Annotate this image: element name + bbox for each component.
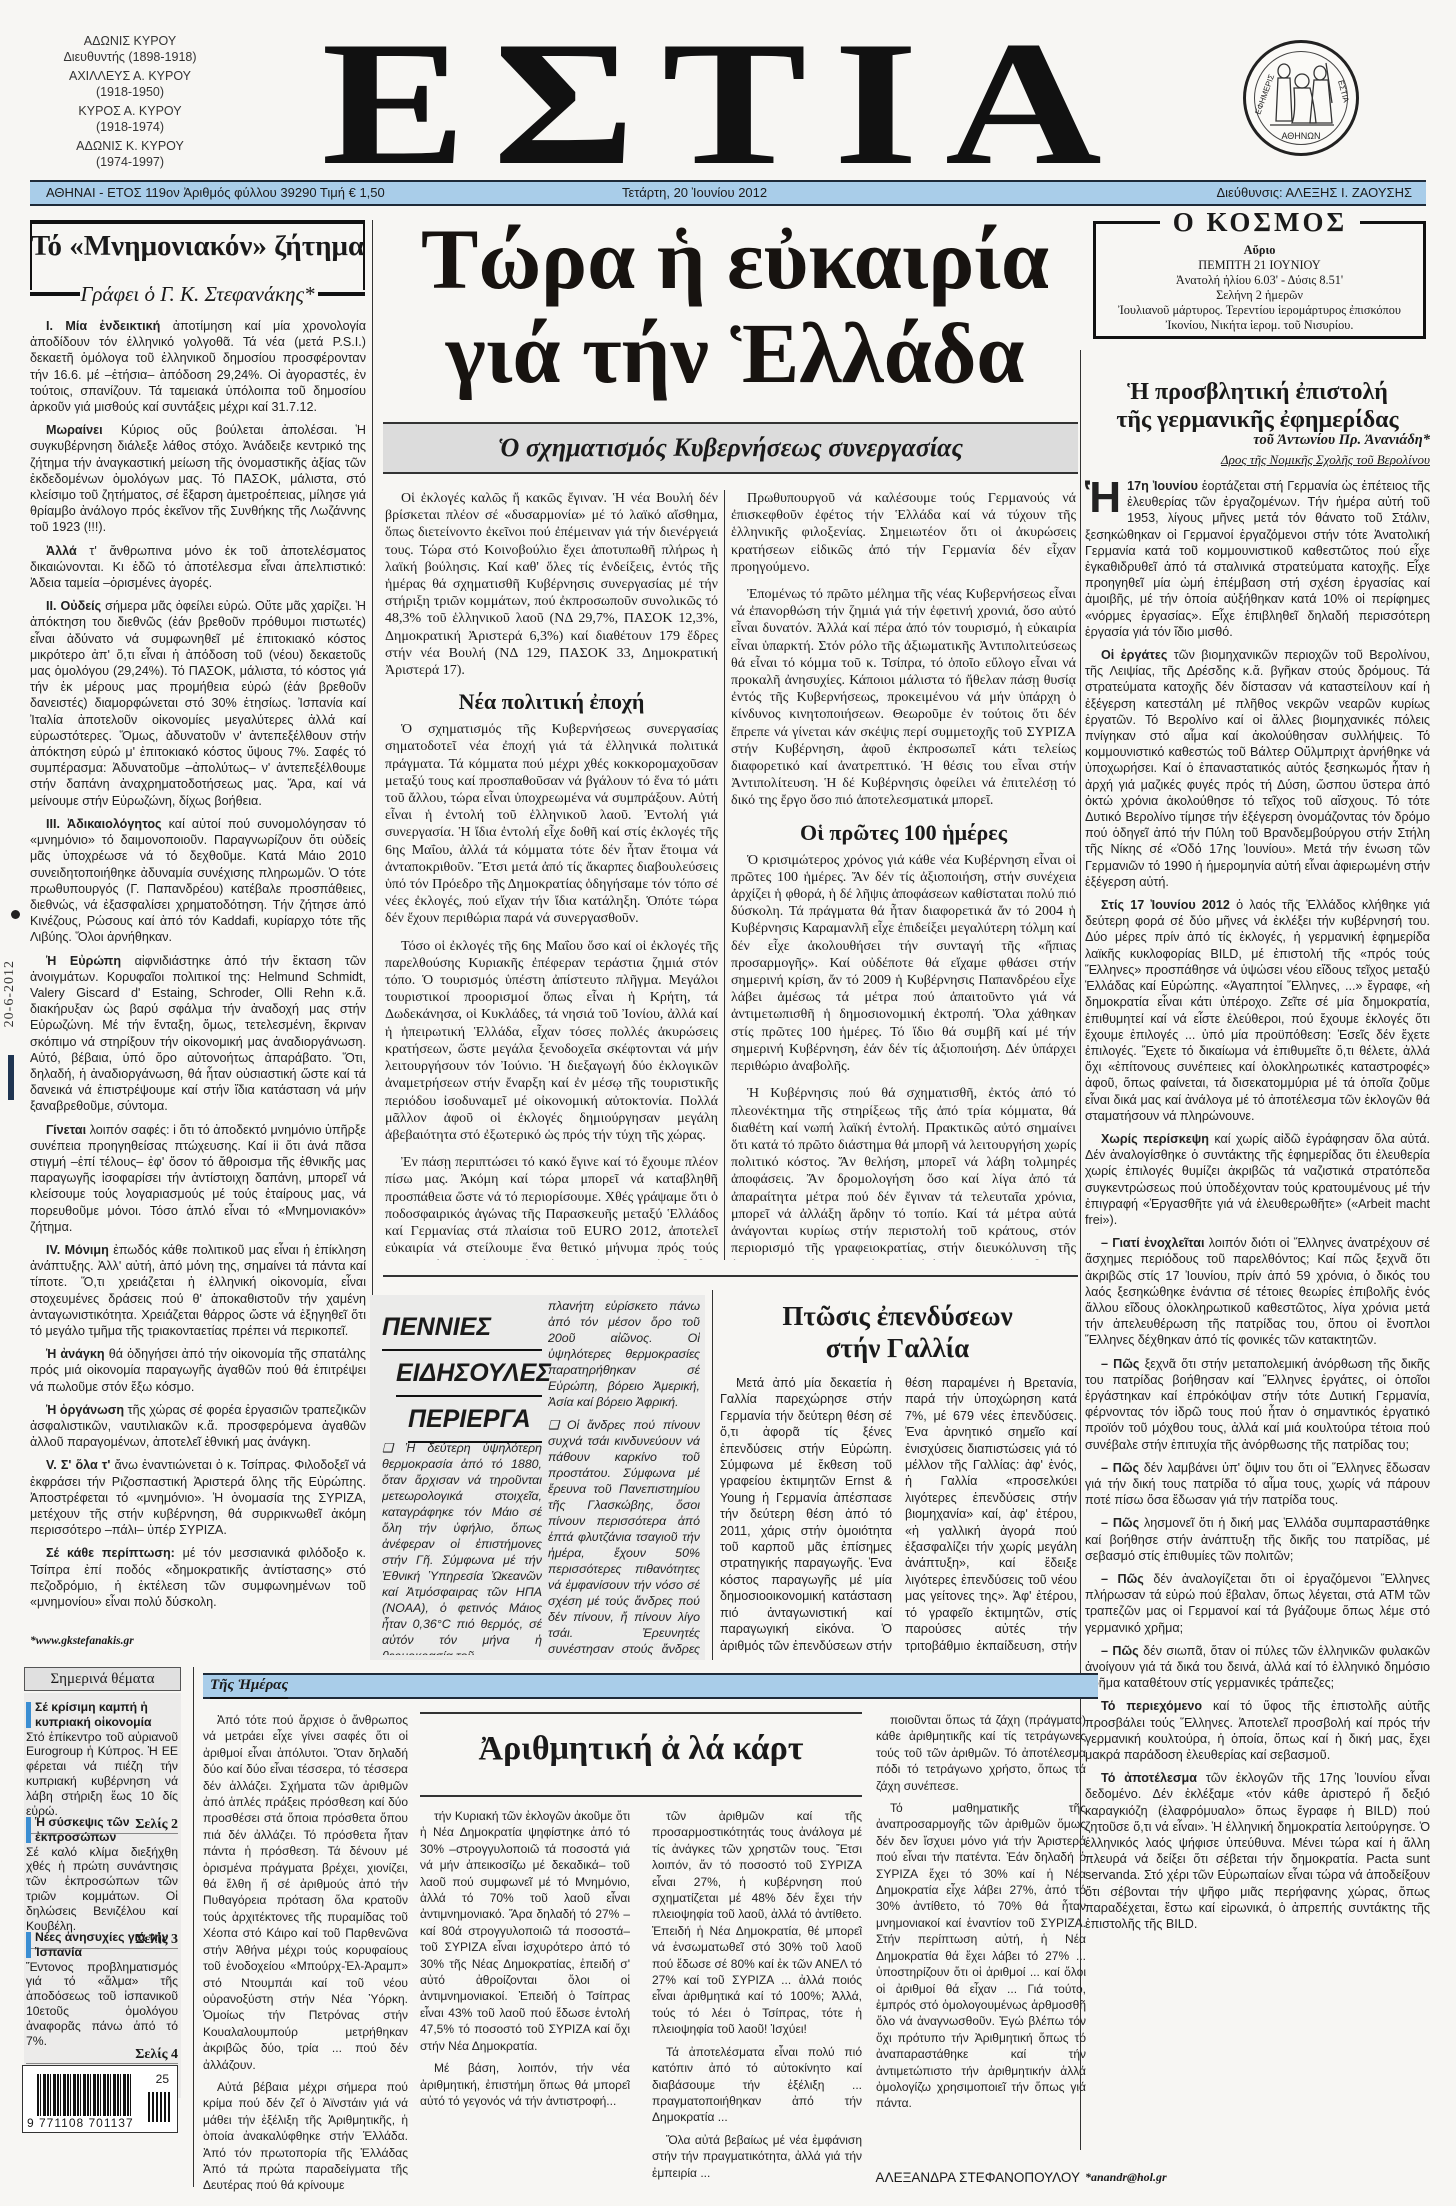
- main-subtitle: Ὁ σχηματισμός Κυβερνήσεως συνεργασίας: [383, 422, 1078, 474]
- pennies-item: ❑ Ἡ δεύτερη ὑψηλότερη θερμοκρασία ἀπό τό…: [382, 1440, 542, 1655]
- founder-name: ΚΥΡΟΣ Α. ΚΥΡΟΥ: [20, 104, 240, 120]
- founder-years: (1918-1974): [20, 120, 240, 136]
- svg-text:ΕΦΗΜΕΡΙΣ: ΕΦΗΜΕΡΙΣ: [1253, 73, 1276, 116]
- paragraph: Ἡ ὀργάνωση τῆς χώρας σέ φορέα ἐργασιῶν τ…: [30, 1402, 366, 1451]
- left-article-byline: Γράφει ὁ Γ. Κ. Στεφανάκης*: [30, 282, 365, 307]
- title-line-1: Ἡ προσβλητική ἐπιστολή: [1085, 378, 1430, 406]
- paragraph-lead: 17η Ἰουνίου: [1127, 479, 1198, 493]
- founder-years: (1918-1950): [20, 85, 240, 101]
- paragraph: – Πῶς λησμονεῖ ὅτι ἡ δική μας Ἑλλάδα συμ…: [1085, 1515, 1430, 1564]
- paragraph: Αὐτά βέβαια μέχρι σήμερα πού κρίμα πού δ…: [203, 2079, 408, 2192]
- paragraph: Μωραίνει Κύριος οὕς βούλεται ἀπολέσαι. Ἡ…: [30, 422, 366, 535]
- todays-topics-header: Σημερινά θέματα: [24, 1667, 181, 1691]
- athens-seal-icon: ΑΘΗΝΩΝ ΕΦΗΜΕΡΙΣ ΕΣΤΙΑ: [1243, 40, 1359, 156]
- paragraph-lead: – Πῶς: [1101, 1644, 1139, 1658]
- svg-text:ΑΘΗΝΩΝ: ΑΘΗΝΩΝ: [1281, 131, 1320, 141]
- paragraph: Ἡ ἀνάγκη θά ὁδηγήσει ἀπό τήν οἰκονομία τ…: [30, 1346, 366, 1395]
- paragraph-lead: Οἱ ἐργάτες: [1101, 648, 1167, 662]
- pennies-item: πλανήτη εὑρίσκετο πάνω ἀπό τόν μέσον ὅρο…: [548, 1298, 700, 1410]
- paragraph: Μέ βάση, λοιπόν, τήν νέα ἀριθμητική, ἐπι…: [420, 2060, 630, 2109]
- topic-title: Σέ κρίσιμη καμπή ἡ κυπριακή οἰκονομία: [26, 1700, 178, 1730]
- vertical-date: 20-6-2012: [2, 960, 22, 1027]
- paragraph-lead: Στίς 17 Ἰουνίου 2012: [1101, 898, 1230, 912]
- topic-title: Ἡ σύσκεψις τῶν ἐκπροσώπων: [26, 1815, 178, 1845]
- pennies-col-2: πλανήτη εὑρίσκετο πάνω ἀπό τόν μέσον ὅρο…: [548, 1298, 700, 1658]
- barcode: 9 771108 701137 25: [22, 2065, 178, 2133]
- paragraph: ΙΙ. Οὐδείς σήμερα μᾶς ὀφείλει εὐρώ. Οὔτε…: [30, 598, 366, 809]
- tis-imeras-bar: [203, 1673, 1098, 1699]
- section-title-new-era: Νέα πολιτική ἐποχή: [385, 689, 718, 715]
- paragraph: ΙV. Μόνιμη ἐπωδός κάθε πολιτικοῦ μας εἶν…: [30, 1242, 366, 1339]
- kosmos-title: Ο ΚΟΣΜΟΣ: [1160, 207, 1360, 237]
- paragraph: ΙΙΙ. Ἀδικαιολόγητος καί αὐτοί πού συνομο…: [30, 816, 366, 946]
- arithmetic-title: Ἀριθμητική ἀ λά κάρτ: [420, 1730, 862, 1768]
- author-email[interactable]: *anandr@hol.gr: [1085, 2170, 1167, 2185]
- left-article-title: Τό «Μνημονιακόν» ζήτημα: [30, 230, 365, 263]
- divider: [420, 1712, 862, 1714]
- kosmos-line: Σελήνη 2 ἡμερῶν: [1093, 288, 1426, 303]
- drop-cap: Ἡ: [1085, 480, 1121, 516]
- pennies-title-line: ΠΕΡΙΕΡΓΑ: [408, 1397, 542, 1443]
- paragraph: Χωρίς περίσκεψη καί χωρίς αἰδῶ ἐγράφησαν…: [1085, 1131, 1430, 1228]
- paragraph: Ἡ Κυβέρνησις πού θά σχηματισθῆ, ἐκτός ἀπ…: [731, 1085, 1076, 1260]
- pennies-title-line: ΠΕΝΝΙΕΣ: [382, 1305, 542, 1351]
- paragraph-lead: ΙΙ. Οὐδείς: [46, 599, 101, 613]
- paragraph: Ι. Μία ἐνδεικτική ἀποτίμηση καί μία χρον…: [30, 318, 366, 415]
- bullet-icon: [11, 910, 20, 919]
- founder-entry: ΑΔΩΝΙΣ ΚΥΡΟΥΔιευθυντής (1898-1918): [20, 34, 240, 65]
- paragraph-lead: ΙV. Μόνιμη: [46, 1243, 109, 1257]
- paragraph-lead: Ἡ ἀνάγκη: [46, 1347, 105, 1361]
- paragraph-lead: Ἡ ὀργάνωση: [46, 1403, 124, 1417]
- paragraph: Σέ κάθε περίπτωση: μέ τόν μεσσιανικά φιλ…: [30, 1545, 366, 1610]
- paragraph-lead: – Πῶς: [1101, 1572, 1144, 1586]
- paragraph: Τό μαθηματικῆς τῆς ἀναπροσαρμογῆς τῶν ἀρ…: [876, 1800, 1086, 2112]
- topic-description: Ἔντονος προβληματισμός γιά τό «ἅλμα» τῆς…: [26, 1960, 178, 2049]
- paragraph-lead: – Πῶς: [1101, 1461, 1139, 1475]
- founder-entry: ΑΧΙΛΛΕΥΣ Α. ΚΥΡΟΥ(1918-1950): [20, 69, 240, 100]
- paragraph-lead: Γίνεται: [46, 1123, 86, 1137]
- barcode-addon-icon: [148, 2092, 170, 2122]
- paragraph-lead: Τό ἀποτέλεσμα: [1101, 1771, 1197, 1785]
- kosmos-line: ΠΕΜΠΤΗ 21 ΙΟΥΝΙΟΥ: [1093, 258, 1426, 273]
- galia-title-line-1: Πτῶσις ἐπενδύσεων: [720, 1300, 1075, 1332]
- main-article-col-1: Οἱ ἐκλογές καλῶς ἤ κακῶς ἔγιναν. Ἡ νέα Β…: [385, 490, 718, 1260]
- column-divider: [712, 1290, 713, 1660]
- issue-date: Τετάρτη, 20 Ἰουνίου 2012: [622, 182, 767, 204]
- pennies-col-1: ❑ Ἡ δεύτερη ὑψηλότερη θερμοκρασία ἀπό τό…: [382, 1440, 542, 1655]
- kosmos-line: Αὔριο: [1093, 243, 1426, 258]
- tis-imeras-col-1: Ἀπό τότε πού ἄρχισε ὁ ἄνθρωπος νά μετράε…: [203, 1712, 408, 2192]
- paragraph-lead: ΙΙΙ. Ἀδικαιολόγητος: [46, 817, 162, 831]
- paragraph-lead: Ἡ Εὐρώπη: [46, 954, 121, 968]
- galia-title: Πτῶσις ἐπενδύσεων στήν Γαλλία: [720, 1300, 1075, 1364]
- paragraph-lead: Ι. Μία ἐνδεικτική: [46, 319, 160, 333]
- paragraph: Ἀλλά τ' ἄνθρωπινα μόνο ἐκ τοῦ ἀποτελέσμα…: [30, 543, 366, 592]
- topic-item[interactable]: Νέες ἀνησυχίες γιά τήν ἸσπανίαἜντονος πρ…: [26, 1930, 178, 2064]
- tis-imeras-col-2: τήν Κυριακή τῶν ἐκλογῶν ἀκοῦμε ὅτι ἡ Νέα…: [420, 1808, 630, 2193]
- paragraph: – Πῶς δέν ἀναλογίζεται ὅτι οἱ ἐργαζόμενο…: [1085, 1571, 1430, 1636]
- headline-line-1: Τώρα ἡ εὐκαιρία: [395, 212, 1075, 306]
- left-article-body: Ι. Μία ἐνδεικτική ἀποτίμηση καί μία χρον…: [30, 318, 366, 1658]
- tis-imeras-col-3: τῶν ἀριθμῶν καί τῆς προσαρμοστικότητάς τ…: [652, 1808, 862, 2193]
- right-article-title: Ἡ προσβλητική ἐπιστολή τῆς γερμανικῆς ἐφ…: [1085, 378, 1430, 434]
- paragraph-lead: Τό περιεχόμενο: [1101, 1699, 1202, 1713]
- paragraph-lead: – Γιατί ἐνοχλεῖται: [1101, 1236, 1205, 1250]
- svg-text:ΕΣΤΙΑ: ΕΣΤΙΑ: [1336, 79, 1351, 104]
- paragraph: V. Σ' ὅλα τ' ἄνω ἐναντιώνεται ὁ κ. Τσίπρ…: [30, 1457, 366, 1538]
- paragraph: Τό ἀποτέλεσμα τῶν ἐκλογῶν τῆς 17ης Ἰουνί…: [1085, 1770, 1430, 1932]
- founder-years: (1974-1997): [20, 155, 240, 171]
- paragraph: Οἱ ἐκλογές καλῶς ἤ κακῶς ἔγιναν. Ἡ νέα Β…: [385, 490, 718, 679]
- paragraph-lead: Ἀλλά: [46, 544, 77, 558]
- column-divider: [724, 490, 725, 1260]
- founder-name: ΑΔΩΝΙΣ ΚΥΡΟΥ: [20, 34, 240, 50]
- paragraph-lead: Χωρίς περίσκεψη: [1101, 1132, 1209, 1146]
- divider: [420, 1795, 862, 1797]
- paragraph: – Γιατί ἐνοχλεῖται λοιπόν διότι οἱ Ἕλλην…: [1085, 1235, 1430, 1348]
- paragraph: τήν Κυριακή τῶν ἐκλογῶν ἀκοῦμε ὅτι ἡ Νέα…: [420, 1808, 630, 2054]
- topic-description: Στό ἐπίκεντρο τοῦ αὐριανοῦ Eurogroup ἡ Κ…: [26, 1730, 178, 1819]
- issue-details: ΑΘΗΝΑΙ - ΕΤΟΣ 119ον Ἀριθμός φύλλου 39290…: [46, 182, 385, 204]
- paragraph: Ὅλα αὐτά βεβαίως μέ νέα ἐμφάνιση στήν τή…: [652, 2132, 862, 2181]
- margin-marker: [8, 1055, 14, 1100]
- paragraph-lead: – Πῶς: [1101, 1357, 1139, 1371]
- paragraph: Ἐπομένως τό πρῶτο μέλημα τῆς νέας Κυβερν…: [731, 586, 1076, 810]
- paragraph: Τά ἀποτελέσματα εἶναι πολύ πιό κατόπιν ἀ…: [652, 2044, 862, 2126]
- issue-addon-number: 25: [156, 2072, 169, 2086]
- author-signature: ΑΛΕΞΑΝΔΡΑ ΣΤΕΦΑΝΟΠΟΥΛΟΥ: [835, 2170, 1080, 2185]
- paragraph: Οἱ ἐργάτες τῶν βιομηχανικῶν περιοχῶν τοῦ…: [1085, 647, 1430, 890]
- barcode-number: 9 771108 701137: [27, 2116, 134, 2130]
- paragraph: Ἐν πάσῃ περιπτώσει τό κακό ἔγινε καί τό …: [385, 1154, 718, 1260]
- pennies-title-line: ΕΙΔΗΣΟΥΛΕΣ: [396, 1351, 542, 1397]
- section-title-first-100-days: Οἱ πρῶτες 100 ἡμέρες: [731, 820, 1076, 846]
- founder-name: ΑΧΙΛΛΕΥΣ Α. ΚΥΡΟΥ: [20, 69, 240, 85]
- paragraph: Στίς 17 Ἰουνίου 2012 ὁ λαός τῆς Ἑλλάδος …: [1085, 897, 1430, 1124]
- paragraph: Ἀπό τότε πού ἄρχισε ὁ ἄνθρωπος νά μετράε…: [203, 1712, 408, 2073]
- right-article-byline: τοῦ Ἀντωνίου Πρ. Ἀνανιάδη*: [1085, 432, 1430, 449]
- main-article-col-2: Πρωθυπουργοῦ νά καλέσουμε τούς Γερμανούς…: [731, 490, 1076, 1260]
- paragraph: – Πῶς ξεχνᾶ ὅτι στήν μεταπολεμική ἀνόρθω…: [1085, 1356, 1430, 1453]
- galia-col-1: Μετά ἀπό μία δεκαετία ἡ Γαλλία παρεχώρησ…: [720, 1375, 892, 1655]
- topic-page-ref: Σελίς 4: [26, 2048, 178, 2064]
- topic-title: Νέες ἀνησυχίες γιά τήν Ἰσπανία: [26, 1930, 178, 1960]
- paragraph: Γίνεται λοιπόν σαφές: i ὅτι τό ἀποδεκτό …: [30, 1122, 366, 1235]
- paragraph-lead: – Πῶς: [1101, 1516, 1139, 1530]
- right-article-affiliation: Δρος τῆς Νομικῆς Σχολῆς τοῦ Βερολίνου: [1085, 452, 1430, 468]
- barcode-bars-icon: [37, 2074, 133, 2116]
- newspaper-logo: ΕΣΤΙΑ: [280, 28, 1171, 178]
- pennies-title: ΠΕΝΝΙΕΣ ΕΙΔΗΣΟΥΛΕΣ ΠΕΡΙΕΡΓΑ: [382, 1305, 542, 1443]
- topic-description: Σέ καλό κλίμα διεξήχθη χθές ἡ πρώτη συνά…: [26, 1845, 178, 1934]
- main-headline: Τώρα ἡ εὐκαιρία γιά τήν Ἑλλάδα: [395, 212, 1075, 400]
- paragraph: Πρωθυπουργοῦ νά καλέσουμε τούς Γερμανούς…: [731, 490, 1076, 576]
- tis-imeras-label: Τῆς Ἡμέρας: [210, 1673, 288, 1699]
- founders-list: ΑΔΩΝΙΣ ΚΥΡΟΥΔιευθυντής (1898-1918)ΑΧΙΛΛΕ…: [20, 30, 240, 170]
- kosmos-details: ΑὔριοΠΕΜΠΤΗ 21 ΙΟΥΝΙΟΥἈνατολή ἡλίου 6.03…: [1093, 243, 1426, 333]
- column-divider: [193, 1667, 194, 2187]
- galia-title-line-2: στήν Γαλλία: [720, 1332, 1075, 1364]
- paragraph-lead: V. Σ' ὅλα τ': [46, 1458, 110, 1472]
- kosmos-line: Ἀνατολή ἡλίου 6.03' - Δύσις 8.51': [1093, 273, 1426, 288]
- founder-years: Διευθυντής (1898-1918): [20, 50, 240, 66]
- founder-entry: ΑΔΩΝΙΣ Κ. ΚΥΡΟΥ(1974-1997): [20, 139, 240, 170]
- paragraph: Τόσο οἱ ἐκλογές τῆς 6ης Μαΐου ὅσο καί οἱ…: [385, 938, 718, 1144]
- editor-credit: Διεύθυνσις: ΑΛΕΞΗΣ Ι. ΖΑΟΥΣΗΣ: [1216, 182, 1412, 204]
- paragraph: θέση παραμένει ἡ Βρετανία, παρά τήν ὑποχ…: [905, 1375, 1077, 1655]
- paragraph: Τό περιεχόμενο καί τό ὕφος τῆς ἐπιστολῆς…: [1085, 1698, 1430, 1763]
- paragraph: Ἡ17η Ἰουνίου ἑορτάζεται στή Γερμανία ὡς …: [1085, 478, 1430, 640]
- right-article-body: Ἡ17η Ἰουνίου ἑορτάζεται στή Γερμανία ὡς …: [1085, 478, 1430, 2138]
- paragraph: Μετά ἀπό μία δεκαετία ἡ Γαλλία παρεχώρησ…: [720, 1375, 892, 1655]
- left-article-footnote: *www.gkstefanakis.gr: [30, 1635, 134, 1647]
- paragraph-lead: Σέ κάθε περίπτωση:: [46, 1546, 175, 1560]
- founder-entry: ΚΥΡΟΣ Α. ΚΥΡΟΥ(1918-1974): [20, 104, 240, 135]
- paragraph: τῶν ἀριθμῶν καί τῆς προσαρμοστικότητάς τ…: [652, 1808, 862, 2038]
- paragraph: – Πῶς δέν λαμβάνει ὑπ' ὄψιν του ὅτι οἱ Ἕ…: [1085, 1460, 1430, 1509]
- paragraph: Ὁ κρισιμώτερος χρόνος γιά κάθε νέα Κυβέρ…: [731, 852, 1076, 1076]
- pennies-item: ❑ Οἱ ἄνδρες πού πίνουν συχνά τσάι κινδυν…: [548, 1417, 700, 1658]
- section-divider: [383, 1275, 1078, 1277]
- paragraph-lead: Μωραίνει: [46, 423, 103, 437]
- kosmos-line: Ἰουλιανοῦ μάρτυρος. Τερεντίου ἱερομάρτυρ…: [1093, 303, 1426, 318]
- paragraph: – Πῶς δέν σιωπᾶ, ὅταν οἱ πύλες τῶν ἑλλην…: [1085, 1643, 1430, 1692]
- issue-info-bar: ΑΘΗΝΑΙ - ΕΤΟΣ 119ον Ἀριθμός φύλλου 39290…: [30, 180, 1426, 206]
- paragraph: Ἡ Εὐρώπη αἰφνιδιάστηκε ἀπό τήν ἔκταση τῶ…: [30, 953, 366, 1115]
- headline-line-2: γιά τήν Ἑλλάδα: [395, 306, 1075, 400]
- paragraph: Ὁ σχηματισμός τῆς Κυβερνήσεως συνεργασία…: [385, 721, 718, 927]
- tis-imeras-col-4: ποιοῦνται ὅπως τά ζάχη (πράγματα) κάθε ἀ…: [876, 1712, 1086, 2192]
- kosmos-line: Ἰκονίου, Νικήτα ἱερομ. τοῦ Νισυρίου.: [1093, 318, 1426, 333]
- title-line-2: τῆς γερμανικῆς ἐφημερίδας: [1085, 406, 1430, 434]
- paragraph: ποιοῦνται ὅπως τά ζάχη (πράγματα) κάθε ἀ…: [876, 1712, 1086, 1794]
- galia-col-2: θέση παραμένει ἡ Βρετανία, παρά τήν ὑποχ…: [905, 1375, 1077, 1655]
- founder-name: ΑΔΩΝΙΣ Κ. ΚΥΡΟΥ: [20, 139, 240, 155]
